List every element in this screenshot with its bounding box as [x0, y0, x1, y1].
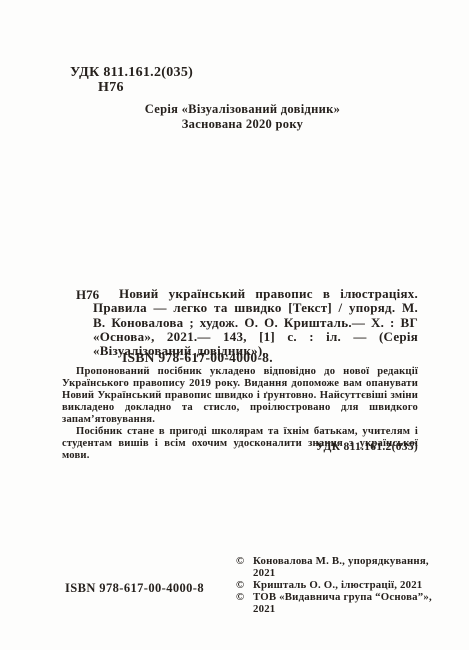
bibliographic-record: Н76 Новий український правопис в ілюстра… [62, 287, 418, 358]
annotation-paragraph-1: Пропонований посібник укладено відповідн… [62, 366, 418, 426]
udk-classification-block: УДК 811.161.2(035) Н76 [70, 65, 193, 95]
series-founded: Заснована 2020 року [60, 117, 425, 132]
series-block: Серія «Візуалізований довідник» Заснован… [60, 102, 425, 131]
udk-bottom: УДК 811.161.2(035) [62, 441, 418, 453]
copyright-icon: © [236, 579, 253, 591]
copyright-text: ТОВ «Видавнича група “Основа”», 2021 [253, 591, 441, 615]
copyright-row: © Кришталь О. О., ілюстрації, 2021 [236, 579, 441, 591]
copyright-block: © Коновалова М. В., упорядкування, 2021 … [236, 555, 441, 615]
copyright-icon: © [236, 591, 253, 615]
isbn-middle: ISBN 978-617-00-4000-8. [122, 350, 273, 366]
copyright-text: Кришталь О. О., ілюстрації, 2021 [253, 579, 441, 591]
author-mark: Н76 [70, 80, 193, 95]
copyright-icon: © [236, 555, 253, 579]
book-imprint-page: УДК 811.161.2(035) Н76 Серія «Візуалізов… [0, 0, 469, 650]
series-title: Серія «Візуалізований довідник» [60, 102, 425, 117]
bib-author-mark: Н76 [76, 287, 99, 303]
isbn-bottom: ISBN 978-617-00-4000-8 [65, 581, 204, 596]
copyright-text: Коновалова М. В., упорядкування, 2021 [253, 555, 441, 579]
copyright-row: © Коновалова М. В., упорядкування, 2021 [236, 555, 441, 579]
bib-description: Новий український правопис в ілюстраціях… [62, 287, 418, 358]
udk-number: УДК 811.161.2(035) [70, 65, 193, 80]
copyright-row: © ТОВ «Видавнича група “Основа”», 2021 [236, 591, 441, 615]
